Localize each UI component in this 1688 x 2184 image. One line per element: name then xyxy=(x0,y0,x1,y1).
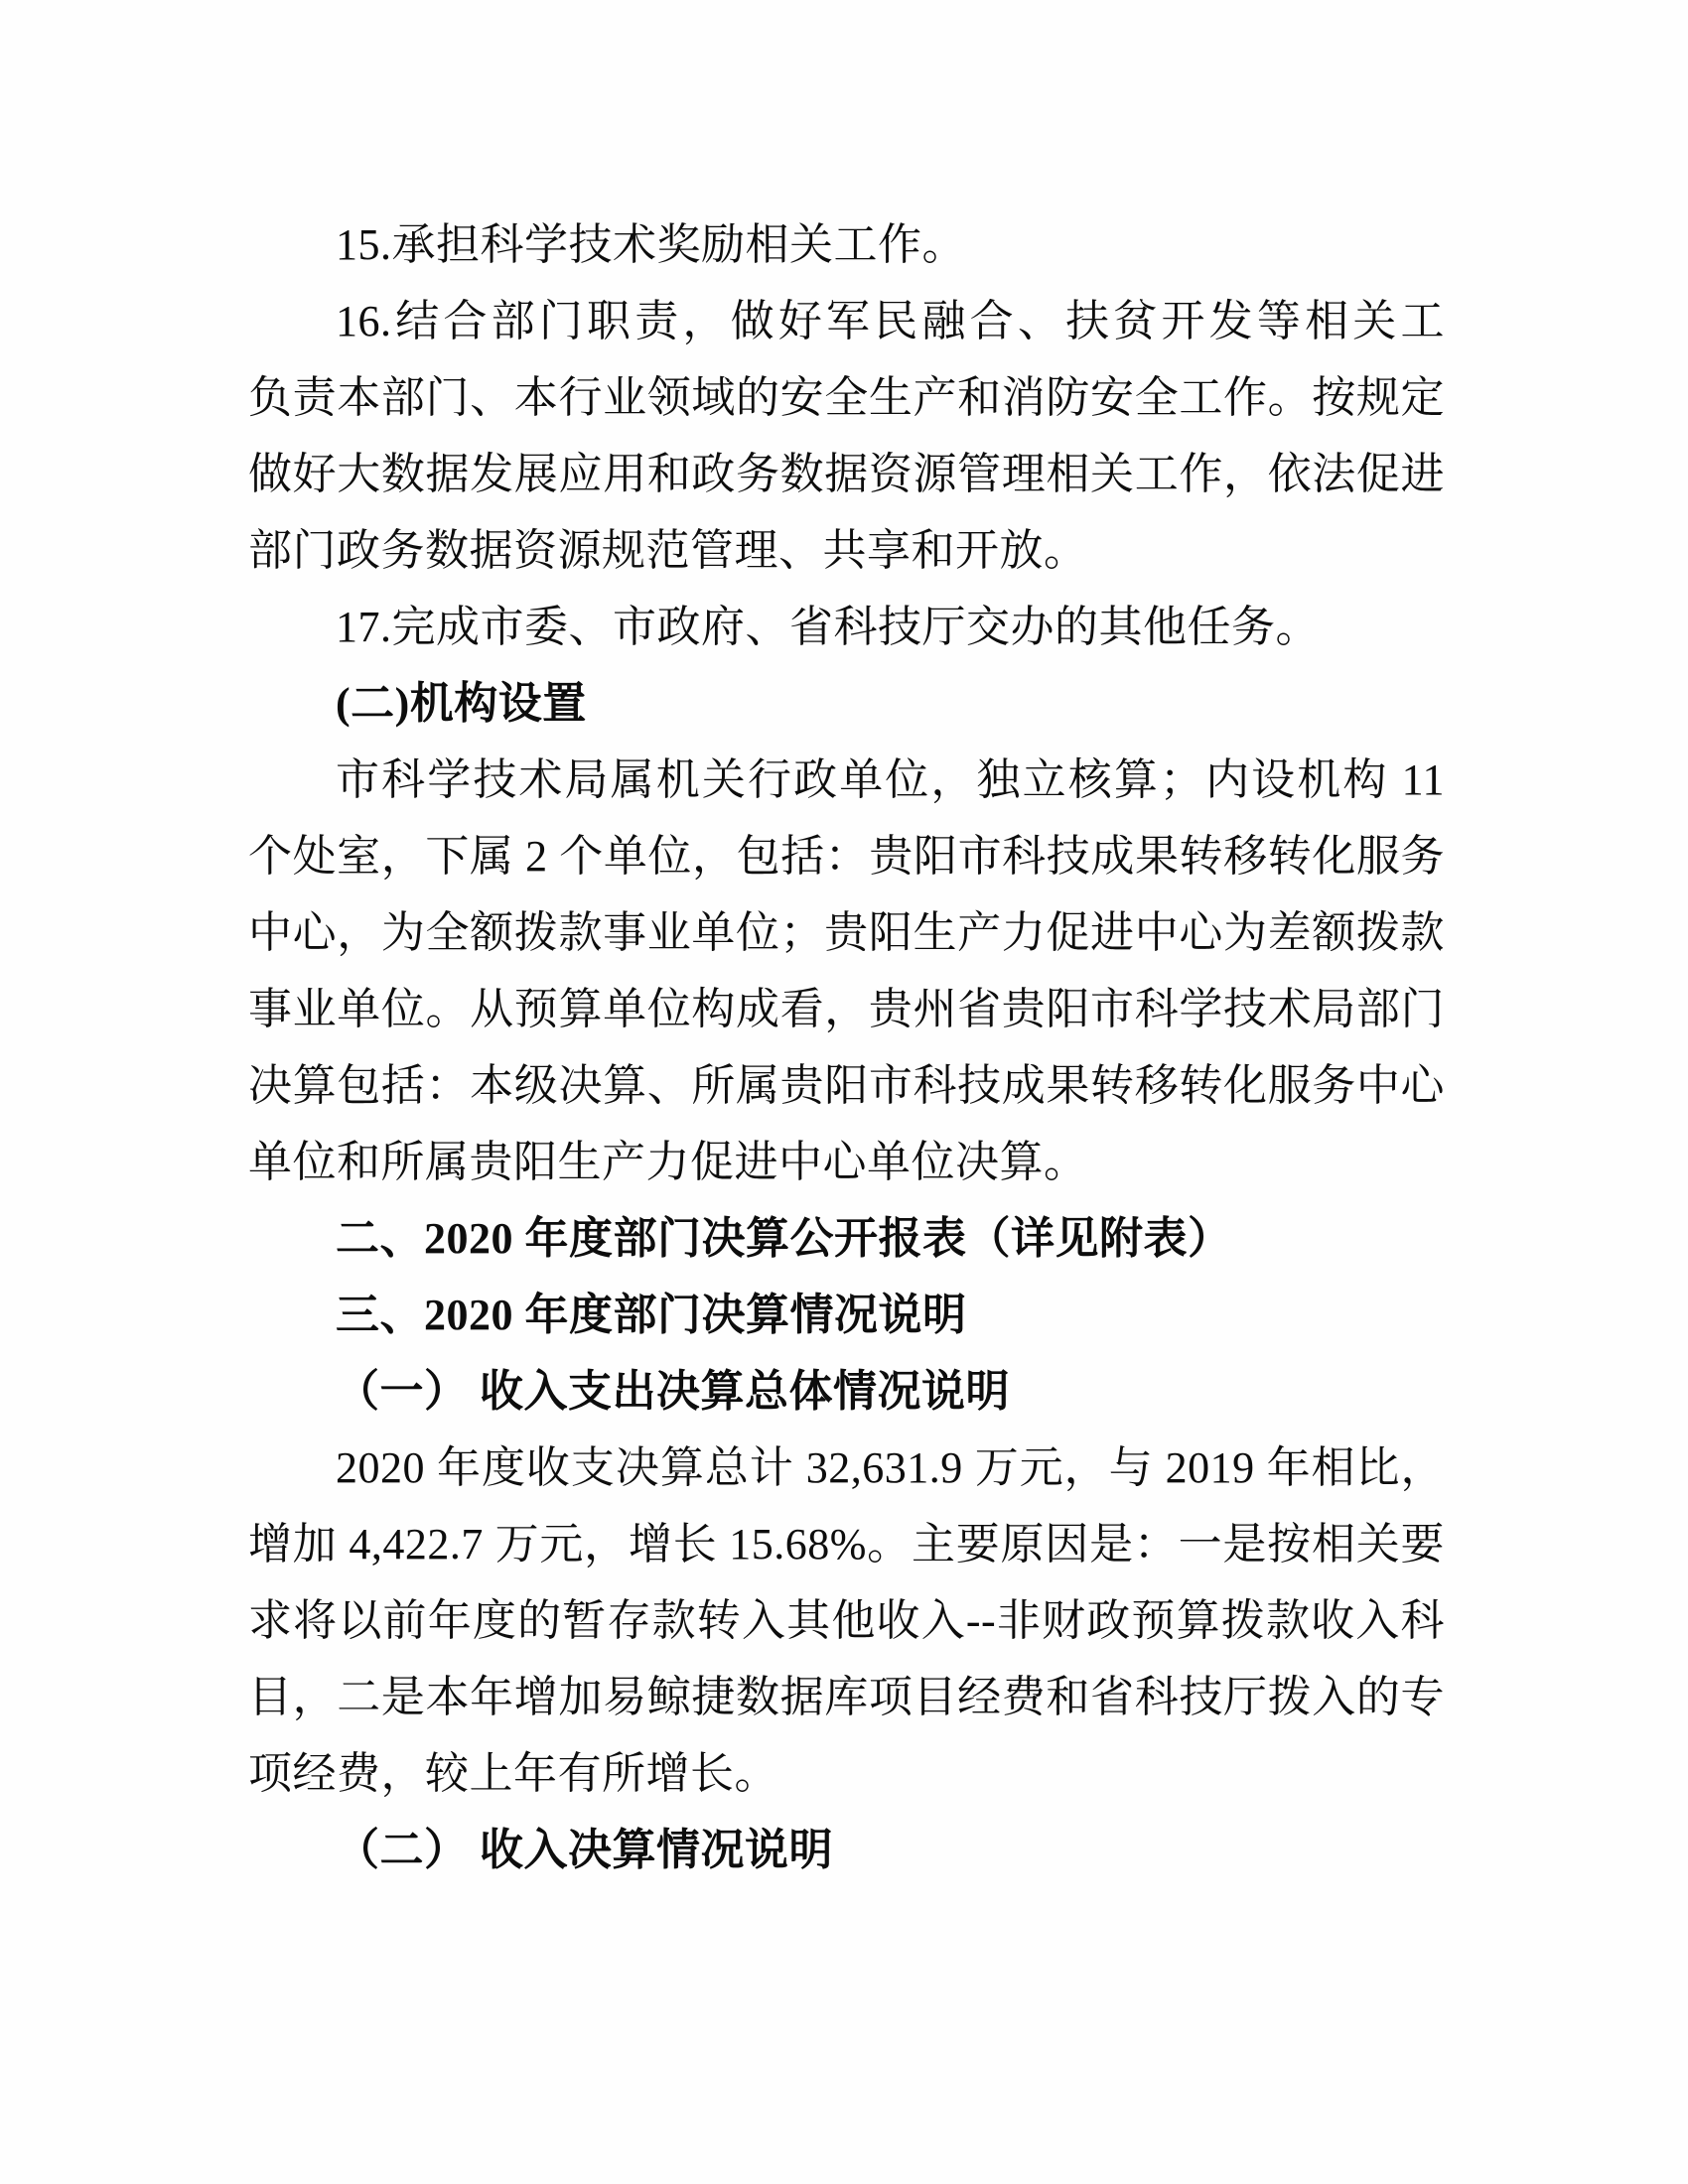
text-line: 增加 4,422.7 万元，增长 15.68%。主要原因是：一是按相关要 xyxy=(248,1506,1445,1582)
heading-line: （一） 收入支出决算总体情况说明 xyxy=(248,1353,1445,1430)
document-page: 15.承担科学技术奖励相关工作。16.结合部门职责，做好军民融合、扶贫开发等相关… xyxy=(0,0,1688,2184)
heading-line: 三、2020 年度部门决算情况说明 xyxy=(248,1277,1445,1353)
text-line: 做好大数据发展应用和政务数据资源管理相关工作，依法促进 xyxy=(248,436,1445,512)
text-line: 17.完成市委、市政府、省科技厅交办的其他任务。 xyxy=(248,589,1445,665)
text-line: 15.承担科学技术奖励相关工作。 xyxy=(248,206,1445,283)
text-line: 目，二是本年增加易鲸捷数据库项目经费和省科技厅拨入的专 xyxy=(248,1659,1445,1735)
text-line: 单位和所属贵阳生产力促进中心单位决算。 xyxy=(248,1124,1445,1200)
text-line: 中心，为全额拨款事业单位；贵阳生产力促进中心为差额拨款 xyxy=(248,894,1445,971)
text-line: 决算包括：本级决算、所属贵阳市科技成果转移转化服务中心 xyxy=(248,1047,1445,1124)
heading-line: (二)机构设置 xyxy=(248,665,1445,742)
heading-line: （二） 收入决算情况说明 xyxy=(248,1812,1445,1888)
text-line: 部门政务数据资源规范管理、共享和开放。 xyxy=(248,512,1445,589)
text-line: 事业单位。从预算单位构成看，贵州省贵阳市科学技术局部门 xyxy=(248,971,1445,1047)
text-line: 16.结合部门职责，做好军民融合、扶贫开发等相关工作。 xyxy=(248,283,1445,359)
heading-line: 二、2020 年度部门决算公开报表（详见附表） xyxy=(248,1200,1445,1277)
text-line: 求将以前年度的暂存款转入其他收入--非财政预算拨款收入科 xyxy=(248,1582,1445,1659)
text-line: 项经费，较上年有所增长。 xyxy=(248,1735,1445,1812)
text-line: 市科学技术局属机关行政单位，独立核算；内设机构 11 xyxy=(248,742,1445,818)
text-line: 2020 年度收支决算总计 32,631.9 万元，与 2019 年相比， xyxy=(248,1430,1445,1506)
text-line: 负责本部门、本行业领域的安全生产和消防安全工作。按规定 xyxy=(248,359,1445,436)
document-body: 15.承担科学技术奖励相关工作。16.结合部门职责，做好军民融合、扶贫开发等相关… xyxy=(248,206,1445,1888)
text-line: 个处室，下属 2 个单位，包括：贵阳市科技成果转移转化服务 xyxy=(248,818,1445,894)
